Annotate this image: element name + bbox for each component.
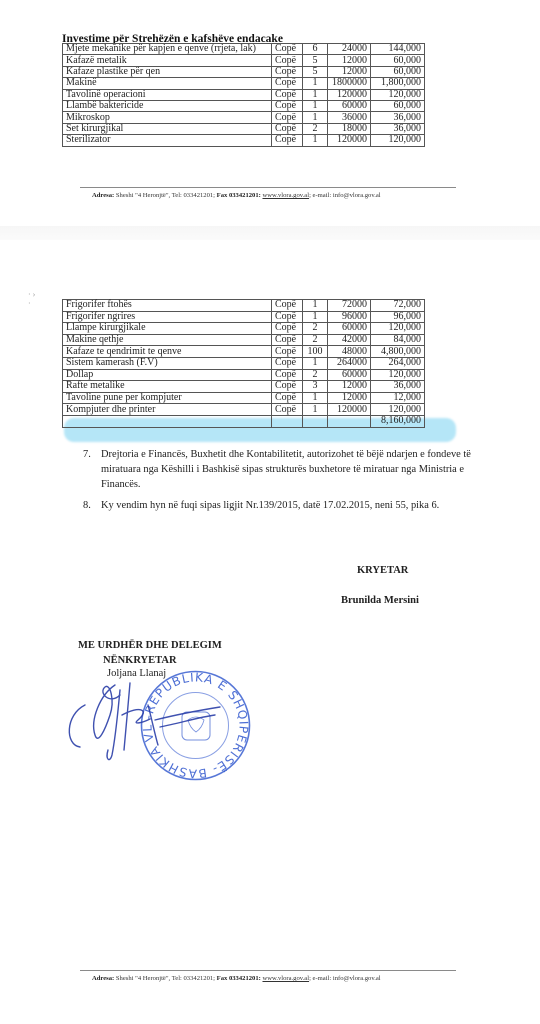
cell-unit: Copë [272, 357, 303, 369]
cell-qty: 1 [303, 392, 328, 404]
footer-address: Sheshi "4 Heronjtë", Tel: 033421201; [116, 192, 215, 199]
decision-point-7: 7. Drejtoria e Financës, Buxhetit dhe Ko… [83, 447, 483, 497]
cell-unit: Copë [272, 78, 303, 89]
cell-unit [272, 415, 303, 427]
footer-website-link[interactable]: www.vlora.gov.al [262, 192, 309, 199]
cell-name: Sterilizator [63, 135, 272, 146]
cell-name: Frigorifer ftohës [63, 300, 272, 312]
cell-total: 1,800,000 [371, 78, 425, 89]
cell-name: Kompjuter dhe printer [63, 404, 272, 416]
cell-total: 120,000 [371, 135, 425, 146]
footer-divider [80, 187, 456, 188]
cell-price: 42000 [328, 334, 371, 346]
cell-price: 60000 [328, 369, 371, 381]
cell-qty: 1 [303, 300, 328, 312]
footer-address-label: Adresa: [92, 192, 114, 199]
cell-name: Rafte metalike [63, 381, 272, 393]
cell-price: 36000 [328, 112, 371, 123]
table-row: Kafazë metalikCopë51200060,000 [63, 55, 425, 66]
cell-qty: 1 [303, 357, 328, 369]
cell-unit: Copë [272, 66, 303, 77]
cell-unit: Copë [272, 123, 303, 134]
cell-unit: Copë [272, 381, 303, 393]
point-text: Drejtoria e Financës, Buxhetit dhe Konta… [101, 447, 471, 492]
decision-point-8: 8. Ky vendim hyn në fuqi sipas ligjit Nr… [83, 498, 483, 514]
table-row: Llambë baktericideCopë16000060,000 [63, 100, 425, 111]
point-number: 7. [83, 447, 91, 462]
cell-qty: 5 [303, 55, 328, 66]
cell-name: Set kirurgjikal [63, 123, 272, 134]
footer-address-label: Adresa: [92, 975, 114, 982]
cell-total: 60,000 [371, 100, 425, 111]
table-row: Mjete mekanike për kapjen e qenve (rrjet… [63, 44, 425, 55]
cell-total: 60,000 [371, 66, 425, 77]
table-row: Frigorifer ftohësCopë17200072,000 [63, 300, 425, 312]
cell-total: 120,000 [371, 369, 425, 381]
cell-unit: Copë [272, 334, 303, 346]
cell-total: 4,800,000 [371, 346, 425, 358]
cell-unit: Copë [272, 112, 303, 123]
cell-unit: Copë [272, 346, 303, 358]
total-row: 8,160,000 [63, 415, 425, 427]
cell-price: 1800000 [328, 78, 371, 89]
table-row: MikroskopCopë13600036,000 [63, 112, 425, 123]
cell-unit: Copë [272, 323, 303, 335]
cell-price: 120000 [328, 89, 371, 100]
table-row: Kafaze te qendrimit te qenveCopë10048000… [63, 346, 425, 358]
cell-price: 12000 [328, 55, 371, 66]
cell-price: 24000 [328, 44, 371, 55]
cell-name: Dollap [63, 369, 272, 381]
cell-qty: 1 [303, 112, 328, 123]
table-row: Tavoline pune per kompjuterCopë11200012,… [63, 392, 425, 404]
cell-price: 120000 [328, 404, 371, 416]
cell-total: 36,000 [371, 123, 425, 134]
cell-total: 120,000 [371, 404, 425, 416]
handwritten-signature-icon [60, 675, 230, 765]
nenkryetar-title: NËNKRYETAR [103, 655, 177, 666]
point-text: Ky vendim hyn në fuqi sipas ligjit Nr.13… [101, 498, 471, 513]
table-row: Llampe kirurgjikaleCopë260000120,000 [63, 323, 425, 335]
cell-price: 12000 [328, 381, 371, 393]
cell-name: Frigorifer ngrires [63, 311, 272, 323]
footer-fax-label: Fax [217, 192, 228, 199]
cell-price: 48000 [328, 346, 371, 358]
table-row: Kompjuter dhe printerCopë1120000120,000 [63, 404, 425, 416]
cell-price [328, 415, 371, 427]
cell-name: Kafaze plastike për qen [63, 66, 272, 77]
point-number: 8. [83, 498, 91, 513]
table-row: Kafaze plastike për qenCopë51200060,000 [63, 66, 425, 77]
investment-table-part-2: Frigorifer ftohësCopë17200072,000Frigori… [62, 299, 425, 428]
cell-price: 60000 [328, 100, 371, 111]
cell-price: 264000 [328, 357, 371, 369]
table-row: MakinëCopë118000001,800,000 [63, 78, 425, 89]
footer-fax-label: Fax [217, 975, 228, 982]
kryetar-title: KRYETAR [357, 565, 408, 576]
table-row: Sistem kamerash (F.V)Copë1264000264,000 [63, 357, 425, 369]
cell-name: Kafazë metalik [63, 55, 272, 66]
table-row: Set kirurgjikalCopë21800036,000 [63, 123, 425, 134]
cell-price: 12000 [328, 66, 371, 77]
cell-qty: 2 [303, 323, 328, 335]
cell-qty [303, 415, 328, 427]
cell-qty: 1 [303, 404, 328, 416]
cell-unit: Copë [272, 369, 303, 381]
delegim-title: ME URDHËR DHE DELEGIM [78, 640, 222, 651]
cell-total: 144,000 [371, 44, 425, 55]
cell-total: 120,000 [371, 89, 425, 100]
scan-speck: · ›· [28, 290, 35, 308]
cell-name: Makinë [63, 78, 272, 89]
cell-unit: Copë [272, 300, 303, 312]
cell-unit: Copë [272, 404, 303, 416]
cell-unit: Copë [272, 100, 303, 111]
cell-price: 72000 [328, 300, 371, 312]
cell-total: 264,000 [371, 357, 425, 369]
investment-table-part-1: Mjete mekanike për kapjen e qenve (rrjet… [62, 43, 425, 147]
cell-price: 60000 [328, 323, 371, 335]
cell-qty: 1 [303, 100, 328, 111]
cell-qty: 1 [303, 311, 328, 323]
cell-qty: 6 [303, 44, 328, 55]
footer-email-label: ; e-mail: [309, 975, 331, 982]
cell-total: 96,000 [371, 311, 425, 323]
table-row: Makine qethjeCopë24200084,000 [63, 334, 425, 346]
page-break [0, 226, 540, 240]
table-row: Tavolinë operacioniCopë1120000120,000 [63, 89, 425, 100]
cell-unit: Copë [272, 89, 303, 100]
footer-website-link[interactable]: www.vlora.gov.al [262, 975, 309, 982]
cell-qty: 5 [303, 66, 328, 77]
cell-total: 60,000 [371, 55, 425, 66]
cell-qty: 1 [303, 89, 328, 100]
cell-qty: 1 [303, 78, 328, 89]
cell-name: Makine qethje [63, 334, 272, 346]
cell-total: 120,000 [371, 323, 425, 335]
cell-total: 36,000 [371, 112, 425, 123]
cell-qty: 100 [303, 346, 328, 358]
cell-name [63, 415, 272, 427]
cell-total: 8,160,000 [371, 415, 425, 427]
cell-qty: 2 [303, 369, 328, 381]
table-row: SterilizatorCopë1120000120,000 [63, 135, 425, 146]
cell-qty: 2 [303, 123, 328, 134]
cell-name: Tavoline pune per kompjuter [63, 392, 272, 404]
cell-qty: 2 [303, 334, 328, 346]
table-row: Frigorifer ngriresCopë19600096,000 [63, 311, 425, 323]
cell-name: Kafaze te qendrimit te qenve [63, 346, 272, 358]
cell-name: Mjete mekanike për kapjen e qenve (rrjet… [63, 44, 272, 55]
cell-unit: Copë [272, 392, 303, 404]
footer-address: Sheshi "4 Heronjtë", Tel: 033421201; [116, 975, 215, 982]
cell-name: Sistem kamerash (F.V) [63, 357, 272, 369]
cell-name: Mikroskop [63, 112, 272, 123]
cell-total: 12,000 [371, 392, 425, 404]
cell-price: 120000 [328, 135, 371, 146]
page-footer: Adresa: Sheshi "4 Heronjtë", Tel: 033421… [92, 192, 381, 199]
cell-name: Llampe kirurgjikale [63, 323, 272, 335]
footer-fax: 033421201: [229, 975, 261, 982]
cell-name: Tavolinë operacioni [63, 89, 272, 100]
cell-price: 18000 [328, 123, 371, 134]
footer-email-link[interactable]: info@vlora.gov.al [333, 975, 381, 982]
kryetar-name: Brunilda Mersini [341, 595, 419, 606]
cell-name: Llambë baktericide [63, 100, 272, 111]
cell-qty: 1 [303, 135, 328, 146]
cell-unit: Copë [272, 44, 303, 55]
table-row: DollapCopë260000120,000 [63, 369, 425, 381]
cell-total: 72,000 [371, 300, 425, 312]
cell-unit: Copë [272, 135, 303, 146]
cell-unit: Copë [272, 311, 303, 323]
footer-divider [80, 970, 456, 971]
cell-price: 96000 [328, 311, 371, 323]
cell-qty: 3 [303, 381, 328, 393]
footer-fax: 033421201: [229, 192, 261, 199]
cell-unit: Copë [272, 55, 303, 66]
page-footer: Adresa: Sheshi "4 Heronjtë", Tel: 033421… [92, 975, 381, 982]
table-row: Rafte metalikeCopë31200036,000 [63, 381, 425, 393]
footer-email-link[interactable]: info@vlora.gov.al [333, 192, 381, 199]
footer-email-label: ; e-mail: [309, 192, 331, 199]
cell-total: 84,000 [371, 334, 425, 346]
cell-total: 36,000 [371, 381, 425, 393]
cell-price: 12000 [328, 392, 371, 404]
